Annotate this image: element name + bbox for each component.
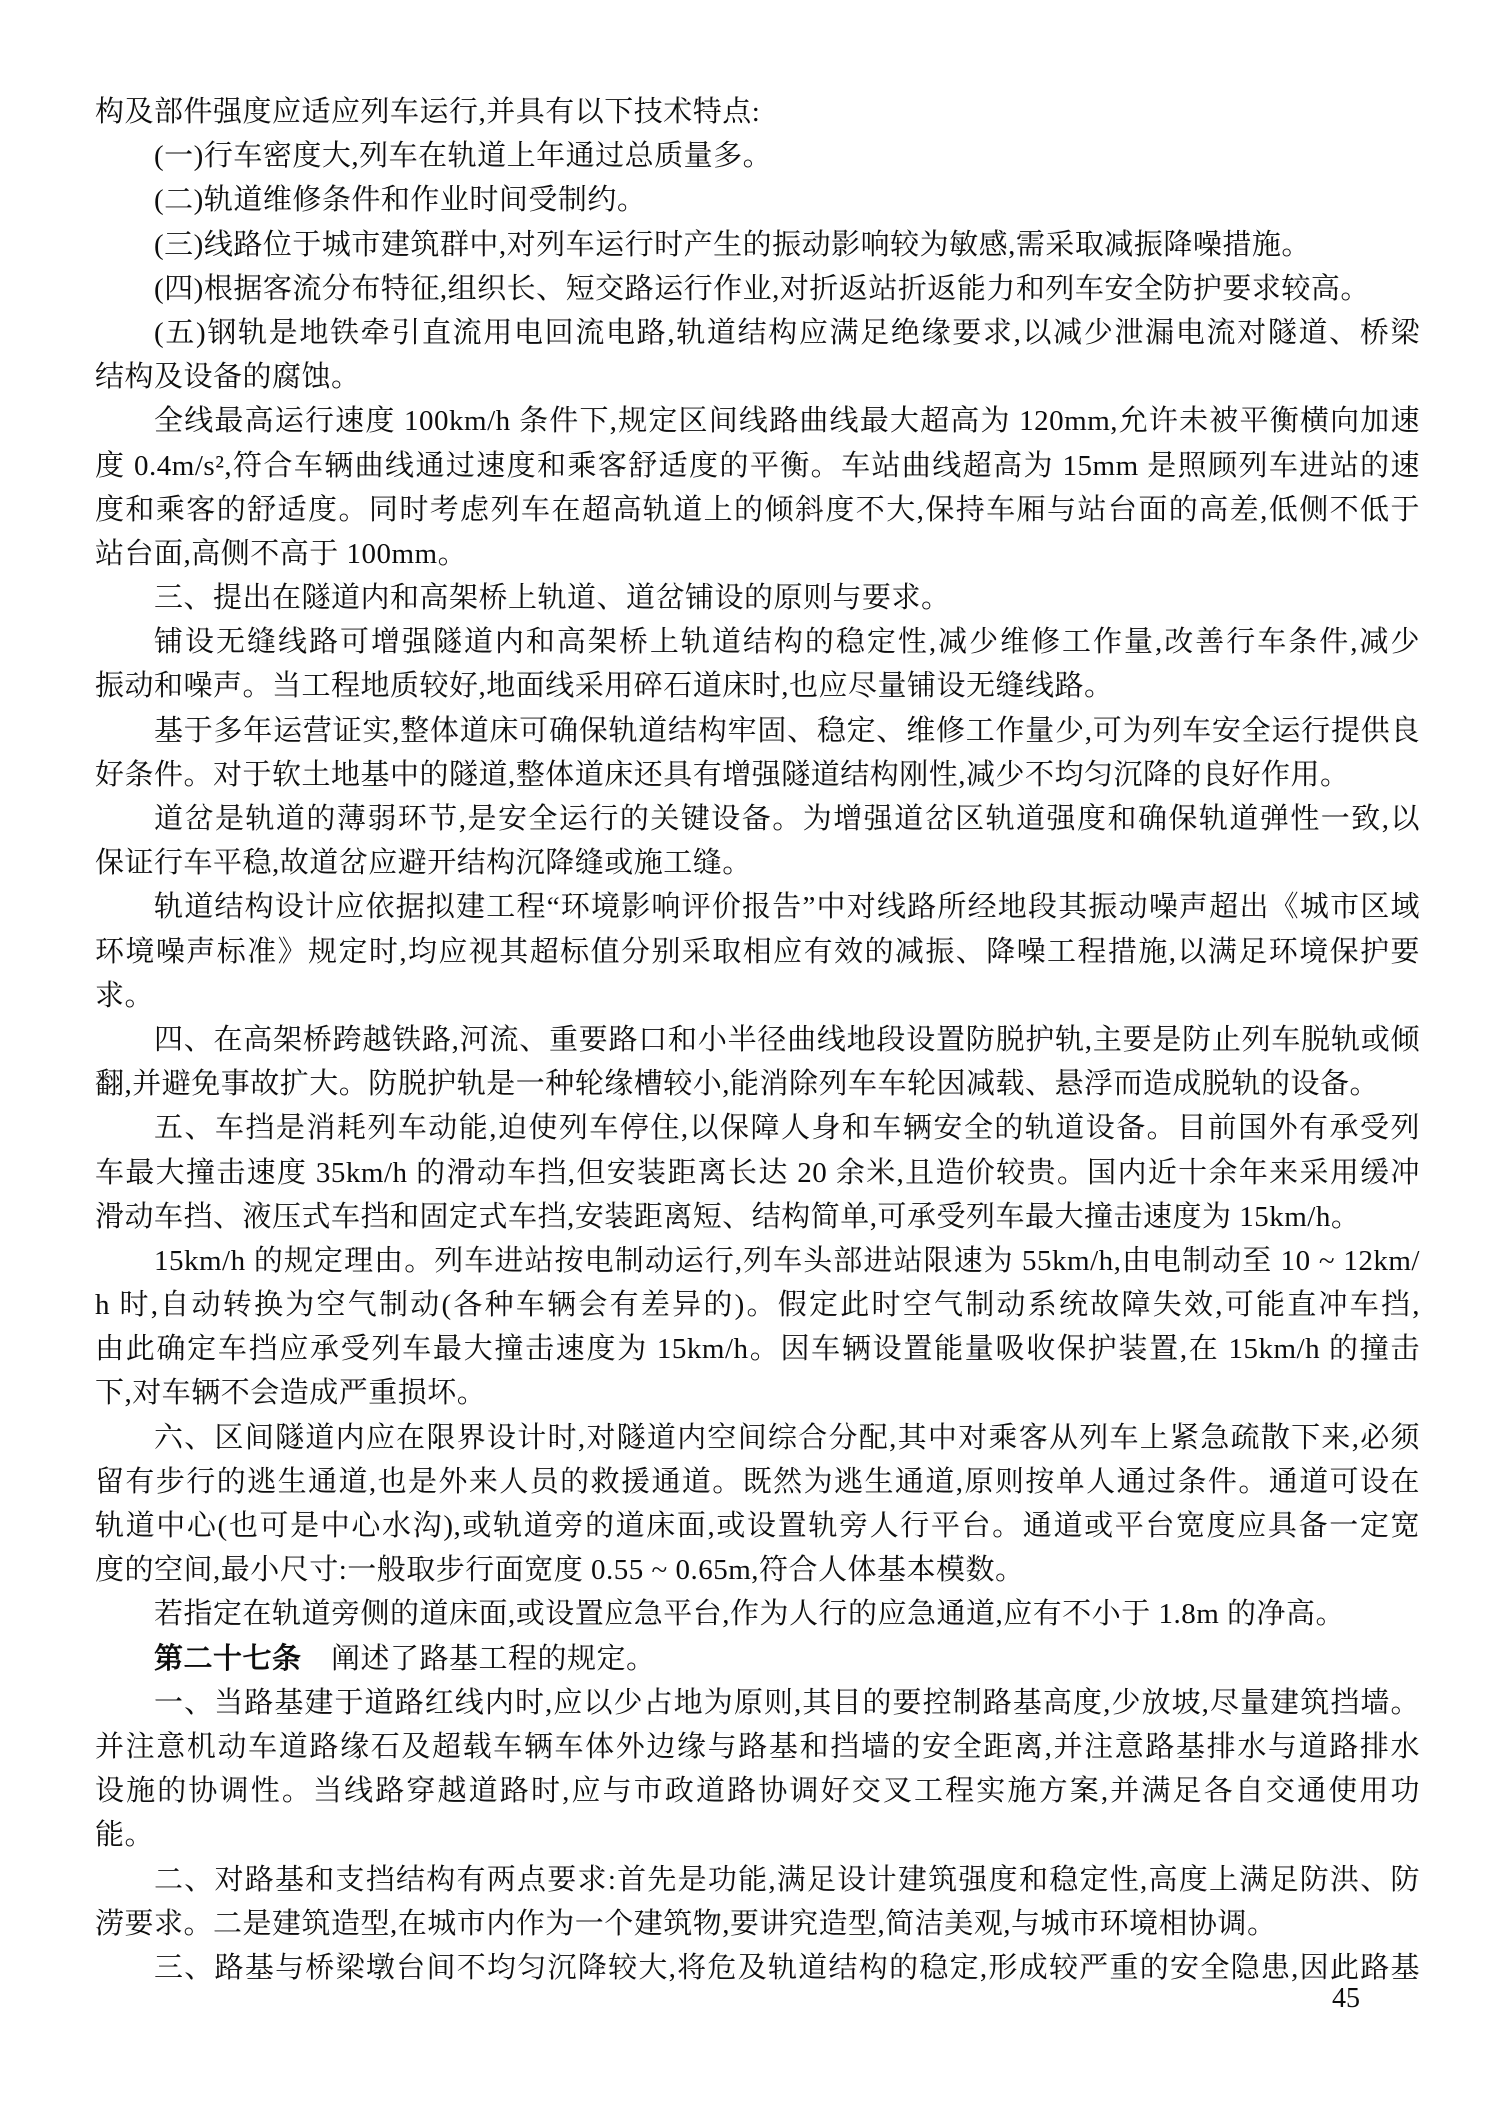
text-line: 基于多年运营证实,整体道床可确保轨道结构牢固、稳定、维修工作量少,可为列车安全运… bbox=[95, 709, 1420, 753]
text-line: h 时,自动转换为空气制动(各种车辆会有差异的)。假定此时空气制动系统故障失效,… bbox=[95, 1283, 1420, 1327]
text-line: 下,对车辆不会造成严重损坏。 bbox=[95, 1371, 1420, 1415]
text-line: 涝要求。二是建筑造型,在城市内作为一个建筑物,要讲究造型,简洁美观,与城市环境相… bbox=[95, 1902, 1420, 1946]
text-line: 道岔是轨道的薄弱环节,是安全运行的关键设备。为增强道岔区轨道强度和确保轨道弹性一… bbox=[95, 797, 1420, 841]
text-line: (五)钢轨是地铁牵引直流用电回流电路,轨道结构应满足绝缘要求,以减少泄漏电流对隧… bbox=[95, 311, 1420, 355]
text-line: 六、区间隧道内应在限界设计时,对隧道内空间综合分配,其中对乘客从列车上紧急疏散下… bbox=[95, 1416, 1420, 1460]
text-line: (四)根据客流分布特征,组织长、短交路运行作业,对折返站折返能力和列车安全防护要… bbox=[95, 267, 1420, 311]
text-line: (一)行车密度大,列车在轨道上年通过总质量多。 bbox=[95, 134, 1420, 178]
page-number: 45 bbox=[1332, 1982, 1360, 2016]
text-line: 振动和噪声。当工程地质较好,地面线采用碎石道床时,也应尽量铺设无缝线路。 bbox=[95, 664, 1420, 708]
text-block: 构及部件强度应适应列车运行,并具有以下技术特点: (一)行车密度大,列车在轨道上… bbox=[95, 90, 1420, 1990]
text-line: 能。 bbox=[95, 1813, 1420, 1857]
text-line: 度 0.4m/s²,符合车辆曲线通过速度和乘客舒适度的平衡。车站曲线超高为 15… bbox=[95, 444, 1420, 488]
text-line: 四、在高架桥跨越铁路,河流、重要路口和小半径曲线地段设置防脱护轨,主要是防止列车… bbox=[95, 1018, 1420, 1062]
text-line: 由此确定车挡应承受列车最大撞击速度为 15km/h。因车辆设置能量吸收保护装置,… bbox=[95, 1327, 1420, 1371]
text-line: 站台面,高侧不高于 100mm。 bbox=[95, 532, 1420, 576]
text-line: 并注意机动车道路缘石及超载车辆车体外边缘与路基和挡墙的安全距离,并注意路基排水与… bbox=[95, 1725, 1420, 1769]
text-line: 度和乘客的舒适度。同时考虑列车在超高轨道上的倾斜度不大,保持车厢与站台面的高差,… bbox=[95, 488, 1420, 532]
text-line: 全线最高运行速度 100km/h 条件下,规定区间线路曲线最大超高为 120mm… bbox=[95, 399, 1420, 443]
text-line: 铺设无缝线路可增强隧道内和高架桥上轨道结构的稳定性,减少维修工作量,改善行车条件… bbox=[95, 620, 1420, 664]
text-line-article-heading: 第二十七条 阐述了路基工程的规定。 bbox=[95, 1637, 1420, 1681]
article-number: 第二十七条 bbox=[154, 1643, 302, 1675]
text-line: (三)线路位于城市建筑群中,对列车运行时产生的振动影响较为敏感,需采取减振降噪措… bbox=[95, 223, 1420, 267]
text-line: 三、路基与桥梁墩台间不均匀沉降较大,将危及轨道结构的稳定,形成较严重的安全隐患,… bbox=[95, 1946, 1420, 1990]
text-line: 车最大撞击速度 35km/h 的滑动车挡,但安装距离长达 20 余米,且造价较贵… bbox=[95, 1151, 1420, 1195]
text-line: 翻,并避免事故扩大。防脱护轨是一种轮缘槽较小,能消除列车车轮因减载、悬浮而造成脱… bbox=[95, 1062, 1420, 1106]
text-line: 15km/h 的规定理由。列车进站按电制动运行,列车头部进站限速为 55km/h… bbox=[95, 1239, 1420, 1283]
text-line: 五、车挡是消耗列车动能,迫使列车停住,以保障人身和车辆安全的轨道设备。目前国外有… bbox=[95, 1106, 1420, 1150]
text-line: 保证行车平稳,故道岔应避开结构沉降缝或施工缝。 bbox=[95, 841, 1420, 885]
text-line: 求。 bbox=[95, 974, 1420, 1018]
text-line: 三、提出在隧道内和高架桥上轨道、道岔铺设的原则与要求。 bbox=[95, 576, 1420, 620]
text-line: 一、当路基建于道路红线内时,应以少占地为原则,其目的要控制路基高度,少放坡,尽量… bbox=[95, 1681, 1420, 1725]
text-line: 设施的协调性。当线路穿越道路时,应与市政道路协调好交叉工程实施方案,并满足各自交… bbox=[95, 1769, 1420, 1813]
text-line: 轨道中心(也可是中心水沟),或轨道旁的道床面,或设置轨旁人行平台。通道或平台宽度… bbox=[95, 1504, 1420, 1548]
text-line: 滑动车挡、液压式车挡和固定式车挡,安装距离短、结构简单,可承受列车最大撞击速度为… bbox=[95, 1195, 1420, 1239]
text-line: 环境噪声标准》规定时,均应视其超标值分别采取相应有效的减振、降噪工程措施,以满足… bbox=[95, 930, 1420, 974]
text-line: 若指定在轨道旁侧的道床面,或设置应急平台,作为人行的应急通道,应有不小于 1.8… bbox=[95, 1592, 1420, 1636]
text-line: (二)轨道维修条件和作业时间受制约。 bbox=[95, 178, 1420, 222]
text-line: 留有步行的逃生通道,也是外来人员的救援通道。既然为逃生通道,原则按单人通过条件。… bbox=[95, 1460, 1420, 1504]
text-line: 好条件。对于软土地基中的隧道,整体道床还具有增强隧道结构刚性,减少不均匀沉降的良… bbox=[95, 753, 1420, 797]
text-line: 度的空间,最小尺寸:一般取步行面宽度 0.55 ~ 0.65m,符合人体基本模数… bbox=[95, 1548, 1420, 1592]
text-line: 结构及设备的腐蚀。 bbox=[95, 355, 1420, 399]
text-line: 轨道结构设计应依据拟建工程“环境影响评价报告”中对线路所经地段其振动噪声超出《城… bbox=[95, 885, 1420, 929]
document-page: 构及部件强度应适应列车运行,并具有以下技术特点: (一)行车密度大,列车在轨道上… bbox=[0, 0, 1493, 2121]
article-text: 阐述了路基工程的规定。 bbox=[302, 1643, 656, 1675]
text-line: 构及部件强度应适应列车运行,并具有以下技术特点: bbox=[95, 90, 1420, 134]
text-line: 二、对路基和支挡结构有两点要求:首先是功能,满足设计建筑强度和稳定性,高度上满足… bbox=[95, 1858, 1420, 1902]
